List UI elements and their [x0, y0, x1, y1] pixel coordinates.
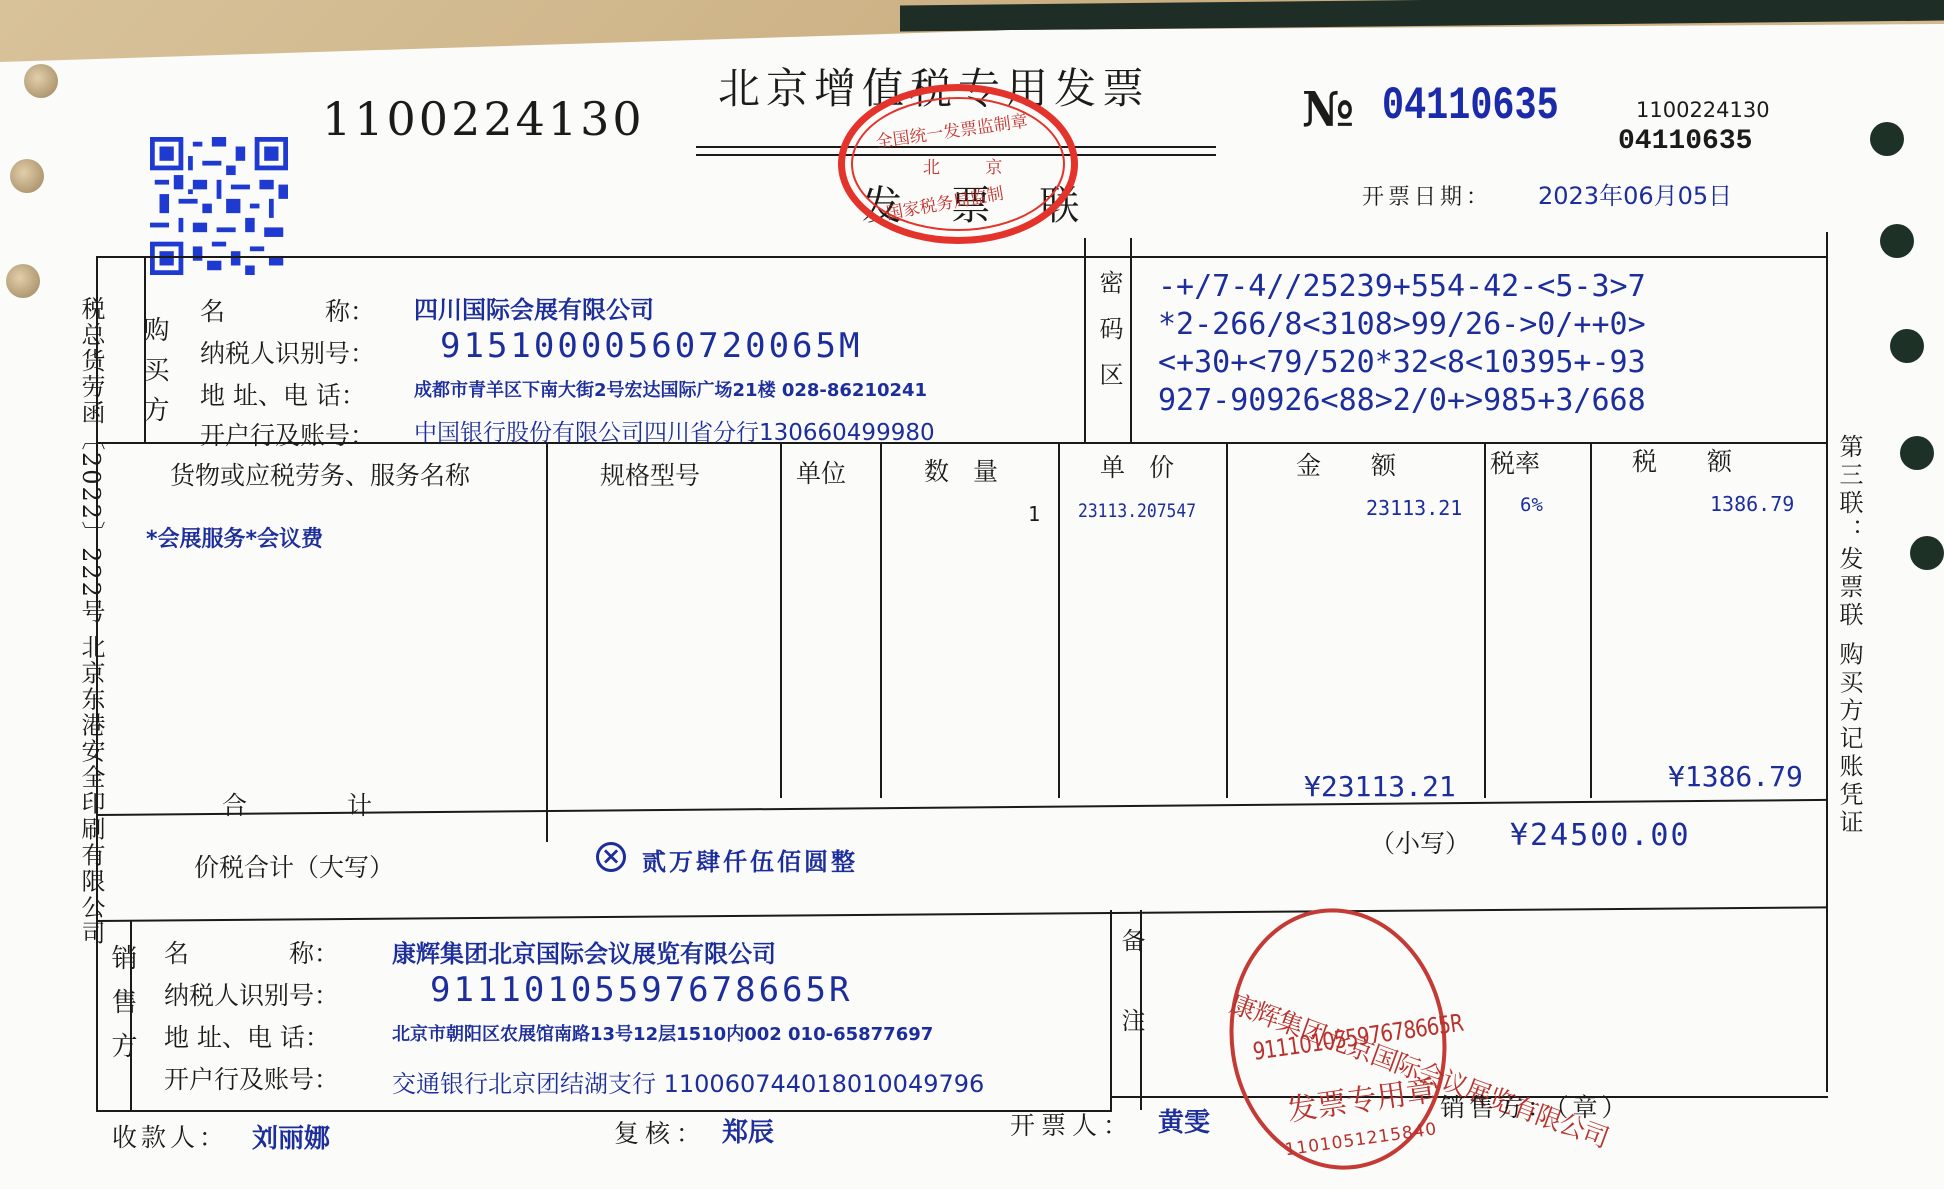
- payee-label: 收款人：: [112, 1118, 228, 1154]
- item-unit-price: 23113.207547: [1078, 500, 1196, 522]
- perforation-hole: [6, 264, 40, 298]
- grand-total-label: 价税合计（大写）: [194, 848, 394, 884]
- invoice-number-small: 04110635: [1618, 126, 1752, 157]
- perforation-hole: [24, 64, 58, 98]
- item-tax-rate: 6%: [1520, 494, 1543, 516]
- cipher-area-label: 密码区: [1092, 270, 1127, 408]
- buyer-address-phone: 成都市青羊区下南大街2号宏达国际广场21楼 028-86210241: [414, 376, 927, 402]
- col-header-item-name: 货物或应税劳务、服务名称: [170, 456, 470, 492]
- invoice-date: 2023年06月05日: [1538, 176, 1732, 211]
- perforation-hole: [1900, 436, 1934, 470]
- cipher-line: 927-90926<88>2/0+>985+3/668: [1158, 382, 1646, 420]
- col-header-amount: 金 额: [1296, 446, 1396, 482]
- seller-bank-label: 开户行及账号：: [164, 1060, 339, 1096]
- seller-section-label: 销售方: [104, 944, 141, 1076]
- crossed-circle-icon: ×: [596, 842, 626, 872]
- seller-bank-account: 交通银行北京团结湖支行 110060744018010049796: [392, 1064, 984, 1099]
- number-symbol: №: [1302, 82, 1354, 138]
- seller-address-phone: 北京市朝阳区农展馆南路13号12层1510内002 010-65877697: [392, 1020, 933, 1046]
- col-header-tax-rate: 税率: [1490, 444, 1540, 480]
- total-label: 合 计: [222, 786, 372, 822]
- buyer-name-label: 名 称：: [200, 292, 375, 328]
- perforation-hole: [10, 159, 44, 193]
- invoice-code-small: 1100224130: [1636, 98, 1770, 122]
- perforation-hole: [1890, 329, 1924, 363]
- grand-total-lowercase: ¥24500.00: [1510, 818, 1691, 853]
- item-tax-amount: 1386.79: [1710, 492, 1794, 516]
- total-amount: ¥23113.21: [1304, 770, 1456, 803]
- item-name: *会展服务*会议费: [146, 522, 323, 553]
- issuer-label: 开票人：: [1010, 1106, 1134, 1142]
- item-quantity: 1: [1028, 502, 1040, 526]
- buyer-tax-id: 91510000560720065M: [440, 326, 862, 366]
- qr-code-icon: [150, 136, 288, 276]
- supervision-stamp: 全国统一发票监制章 北 京 国家税务局监制: [838, 84, 1078, 244]
- col-header-unit: 单位: [796, 454, 846, 490]
- cipher-line: -+/7-4//25239+554-42-<5-3>7: [1158, 268, 1646, 306]
- cipher-line: *2-266/8<3108>99/26->0/++0>: [1158, 306, 1646, 344]
- payee-name: 刘丽娜: [252, 1118, 330, 1155]
- col-header-spec: 规格型号: [600, 456, 700, 492]
- buyer-address-label: 地 址、电 话：: [200, 376, 366, 412]
- item-amount: 23113.21: [1366, 496, 1462, 520]
- remarks-label: 备注: [1114, 928, 1149, 1088]
- grand-total-uppercase: 贰万肆仟伍佰圆整: [642, 842, 858, 877]
- perforation-hole: [1880, 224, 1914, 258]
- col-header-tax-amount: 税 额: [1632, 442, 1732, 478]
- perforation-hole: [1870, 122, 1904, 156]
- right-side-copy-note: 第三联：发票联 购买方记账凭证: [1832, 434, 1867, 838]
- buyer-bank-label: 开户行及账号：: [200, 416, 375, 452]
- col-header-quantity: 数 量: [924, 452, 1006, 488]
- seller-stamp-label: 销售方：（章）: [1440, 1088, 1631, 1124]
- seller-invoice-seal: 康辉集团北京国际会议展览有限公司 91110105597678665R 发票专用…: [1213, 894, 1463, 1184]
- cipher-line: <+30+<79/520*32<8<10395+-93: [1158, 344, 1646, 382]
- perforation-hole: [1910, 536, 1944, 570]
- left-side-printer-note: 税总货劳函〔2022〕222号 北京东港安全印刷有限公司: [74, 296, 109, 947]
- buyer-tax-id-label: 纳税人识别号：: [200, 334, 375, 370]
- issuer-name: 黄雯: [1158, 1102, 1210, 1139]
- buyer-bank-account: 中国银行股份有限公司四川省分行130660499980: [414, 414, 935, 447]
- buyer-section-label: 购买方: [136, 316, 173, 436]
- reviewer-label: 复核：: [614, 1114, 707, 1150]
- seller-tax-id-label: 纳税人识别号：: [164, 976, 339, 1012]
- invoice-number: 04110635: [1382, 80, 1559, 132]
- reviewer-name: 郑辰: [722, 1112, 774, 1149]
- date-label: 开票日期：: [1362, 180, 1492, 211]
- invoice-code: 1100224130: [322, 92, 645, 146]
- seller-name-label: 名 称：: [164, 934, 339, 970]
- total-tax: ¥1386.79: [1668, 760, 1803, 793]
- seller-name: 康辉集团北京国际会议展览有限公司: [392, 934, 776, 969]
- invoice-paper: 1100224130 北京增值税专用发票 发 票 联 全国统一发票监制章 北 京…: [0, 24, 1944, 1189]
- grand-total-lowercase-label: （小写）: [1370, 824, 1470, 860]
- col-header-unit-price: 单 价: [1100, 448, 1182, 484]
- seller-tax-id: 91110105597678665R: [430, 970, 852, 1010]
- buyer-name: 四川国际会展有限公司: [414, 290, 654, 325]
- seller-address-label: 地 址、电 话：: [164, 1018, 330, 1054]
